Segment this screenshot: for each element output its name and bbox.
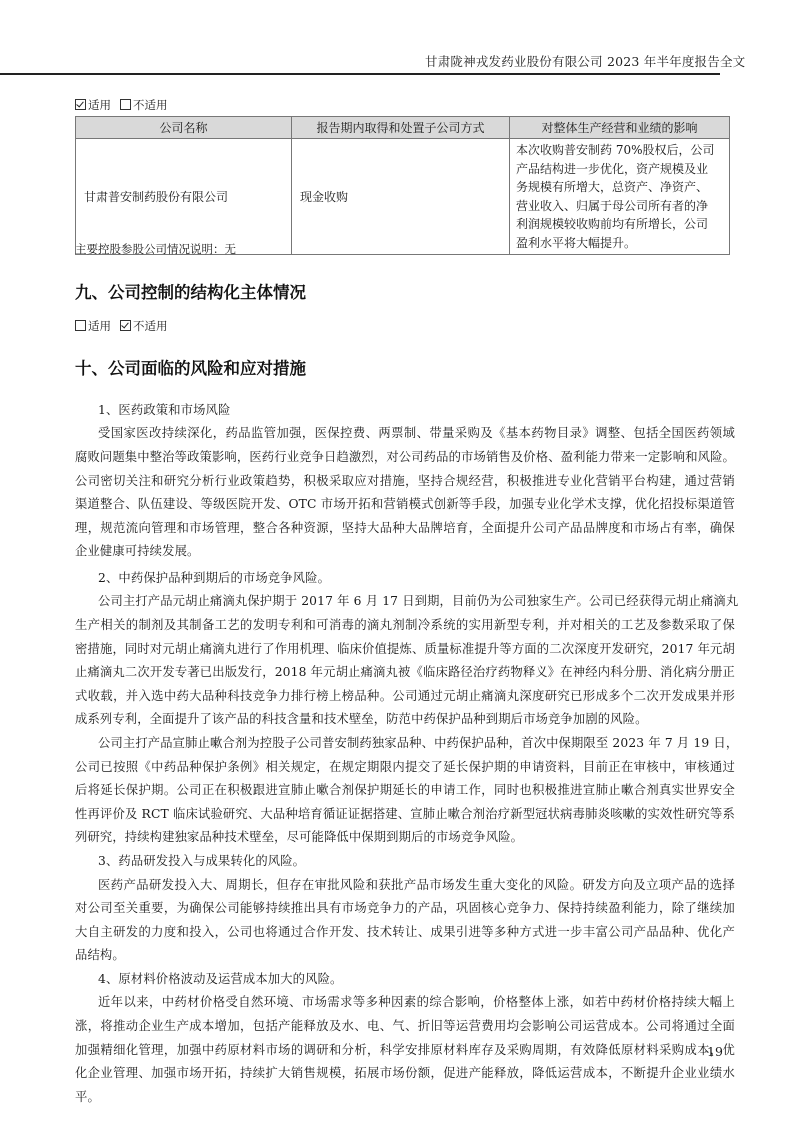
- paragraph-line: 腐败问题集中整治等政策影响，医药行业竞争日趋激烈，对公司药品的市场销售及价格、盈…: [75, 447, 735, 465]
- page-number: 19: [707, 1044, 723, 1059]
- impact-line: 本次收购普安制药 70%股权后，公司: [516, 141, 723, 160]
- not-applicable-checkbox-icon: [120, 99, 131, 110]
- paragraph-line: 加强精细化管理，加强中药原材料市场的调研和分析，科学安排原材料库存及采购周期，有…: [75, 1040, 735, 1058]
- applicable-label: 适用: [88, 319, 111, 333]
- applicable-checkbox-icon: [75, 320, 86, 331]
- impact-line: 产品结构进一步优化，资产规模及业: [516, 160, 723, 179]
- impact-line: 盈利水平将大幅提升。: [516, 234, 723, 253]
- paragraph-line: 公司主打产品元胡止痛滴丸保护期于 2017 年 6 月 17 日到期，目前仍为公…: [98, 591, 735, 609]
- paragraph-line: 成系列专利，全面提升了该产品的科技含量和技术壁垒，防范中药保护品种到期后市场竞争…: [75, 709, 735, 727]
- risk-subheading: 4、原材料价格波动及运营成本加大的风险。: [98, 969, 735, 987]
- paragraph-line: 受国家医改持续深化，药品监管加强，医保控费、两票制、带量采购及《基本药物目录》调…: [98, 423, 735, 441]
- paragraph-line: 大自主研发的力度和投入，公司也将通过合作开发、技术转让、成果引进等多种方式进一步…: [75, 922, 735, 940]
- paragraph-line: 渠道整合、队伍建设、等级医院开发、OTC 市场开拓和营销模式创新等手段，加强专业…: [75, 494, 735, 512]
- paragraph-line: 密措施，同时对元胡止痛滴丸进行了作用机理、临床价值提炼、质量标准提升等方面的二次…: [75, 639, 735, 657]
- paragraph-line: 品结构。: [75, 945, 735, 963]
- applicable-checkbox-checked-icon: [75, 99, 86, 110]
- paragraph-line: 涨，将推动企业生产成本增加，包括产能释放及水、电、气、折旧等运营费用均会影响公司…: [75, 1016, 735, 1034]
- paragraph-line: 列研究，持续构建独家品种技术壁垒，尽可能降低中保期到期后的市场竞争风险。: [75, 827, 735, 845]
- paragraph-line: 式收载，并入选中药大品种科技竞争力排行榜上榜品种。公司通过元胡止痛滴丸深度研究已…: [75, 686, 735, 704]
- paragraph-line: 公司已按照《中药品种保护条例》相关规定，在规定期限内提交了延长保护期的申请资料，…: [75, 757, 735, 775]
- not-applicable-label: 不适用: [133, 319, 168, 333]
- applicable-label: 适用: [88, 98, 111, 112]
- column-header-impact: 对整体生产经营和业绩的影响: [510, 117, 730, 139]
- paragraph-line: 性再评价及 RCT 临床试验研究、大品种培育循证证据搭建、宣肺止嗽合剂治疗新型冠…: [75, 804, 735, 822]
- table-row: 甘肃普安制药股份有限公司 现金收购 本次收购普安制药 70%股权后，公司 产品结…: [76, 139, 730, 255]
- subsidiary-acquisition-table: 公司名称 报告期内取得和处置子公司方式 对整体生产经营和业绩的影响 甘肃普安制药…: [75, 116, 730, 255]
- paragraph-line: 化企业管理、加强市场开拓，持续扩大销售规模，拓展市场份额，促进产能释放，降低运营…: [75, 1063, 735, 1081]
- cell-acquisition-method: 现金收购: [292, 139, 510, 255]
- risk-subheading: 3、药品研发投入与成果转化的风险。: [98, 851, 735, 869]
- paragraph-line: 生产相关的制剂及其制备工艺的发明专利和可消毒的滴丸剂制冷系统的实用新型专利，并对…: [75, 615, 735, 633]
- paragraph-line: 理，规范流向管理和市场管理，整合各种资源，坚持大品种大品牌培育，全面提升公司产品…: [75, 518, 735, 536]
- section-10-heading: 十、公司面临的风险和应对措施: [75, 355, 306, 379]
- paragraph-line: 企业健康可持续发展。: [75, 541, 735, 559]
- holding-companies-note: 主要控股参股公司情况说明：无: [75, 241, 236, 257]
- column-header-company-name: 公司名称: [76, 117, 292, 139]
- paragraph-line: 后将延长保护期。公司正在积极跟进宣肺止嗽合剂保护期延长的申请工作，同时也积极推进…: [75, 780, 735, 798]
- paragraph-line: 近年以来，中药材价格受自然环境、市场需求等多种因素的综合影响，价格整体上涨，如若…: [98, 992, 735, 1010]
- header-divider: [0, 73, 720, 75]
- not-applicable-checkbox-checked-icon: [120, 320, 131, 331]
- impact-line: 利润规模较收购前均有所增长，公司: [516, 215, 723, 234]
- cell-impact: 本次收购普安制药 70%股权后，公司 产品结构进一步优化，资产规模及业 务规模有…: [510, 139, 730, 255]
- paragraph-line: 医药产品研发投入大、周期长，但存在审批风险和获批产品市场发生重大变化的风险。研发…: [98, 875, 735, 893]
- cell-company-name: 甘肃普安制药股份有限公司: [76, 139, 292, 255]
- paragraph-line: 止痛滴丸二次开发专著已出版发行，2018 年元胡止痛滴丸被《临床路径治疗药物释义…: [75, 662, 735, 680]
- impact-line: 营业收入、归属于母公司所有者的净: [516, 197, 723, 216]
- not-applicable-label: 不适用: [133, 98, 168, 112]
- table-header-row: 公司名称 报告期内取得和处置子公司方式 对整体生产经营和业绩的影响: [76, 117, 730, 139]
- paragraph-line: 平。: [75, 1087, 735, 1105]
- risk-subheading: 2、中药保护品种到期后的市场竞争风险。: [98, 568, 735, 586]
- section-9-applicability: 适用不适用: [75, 318, 168, 334]
- page-header-title: 甘肃陇神戎发药业股份有限公司 2023 年半年度报告全文: [425, 52, 745, 70]
- section-9-heading: 九、公司控制的结构化主体情况: [75, 279, 306, 303]
- paragraph-line: 对公司至关重要，为确保公司能够持续推出具有市场竞争力的产品，巩固核心竞争力、保持…: [75, 898, 735, 916]
- impact-line: 务规模有所增大，总资产、净资产、: [516, 178, 723, 197]
- paragraph-line: 公司密切关注和研究分析行业政策趋势，积极采取应对措施，坚持合规经营，积极推进专业…: [75, 471, 735, 489]
- risk-subheading: 1、医药政策和市场风险: [98, 400, 735, 418]
- subsidiary-applicability: 适用不适用: [75, 97, 168, 113]
- column-header-acquisition-method: 报告期内取得和处置子公司方式: [292, 117, 510, 139]
- paragraph-line: 公司主打产品宣肺止嗽合剂为控股子公司普安制药独家品种、中药保护品种，首次中保期限…: [98, 733, 735, 751]
